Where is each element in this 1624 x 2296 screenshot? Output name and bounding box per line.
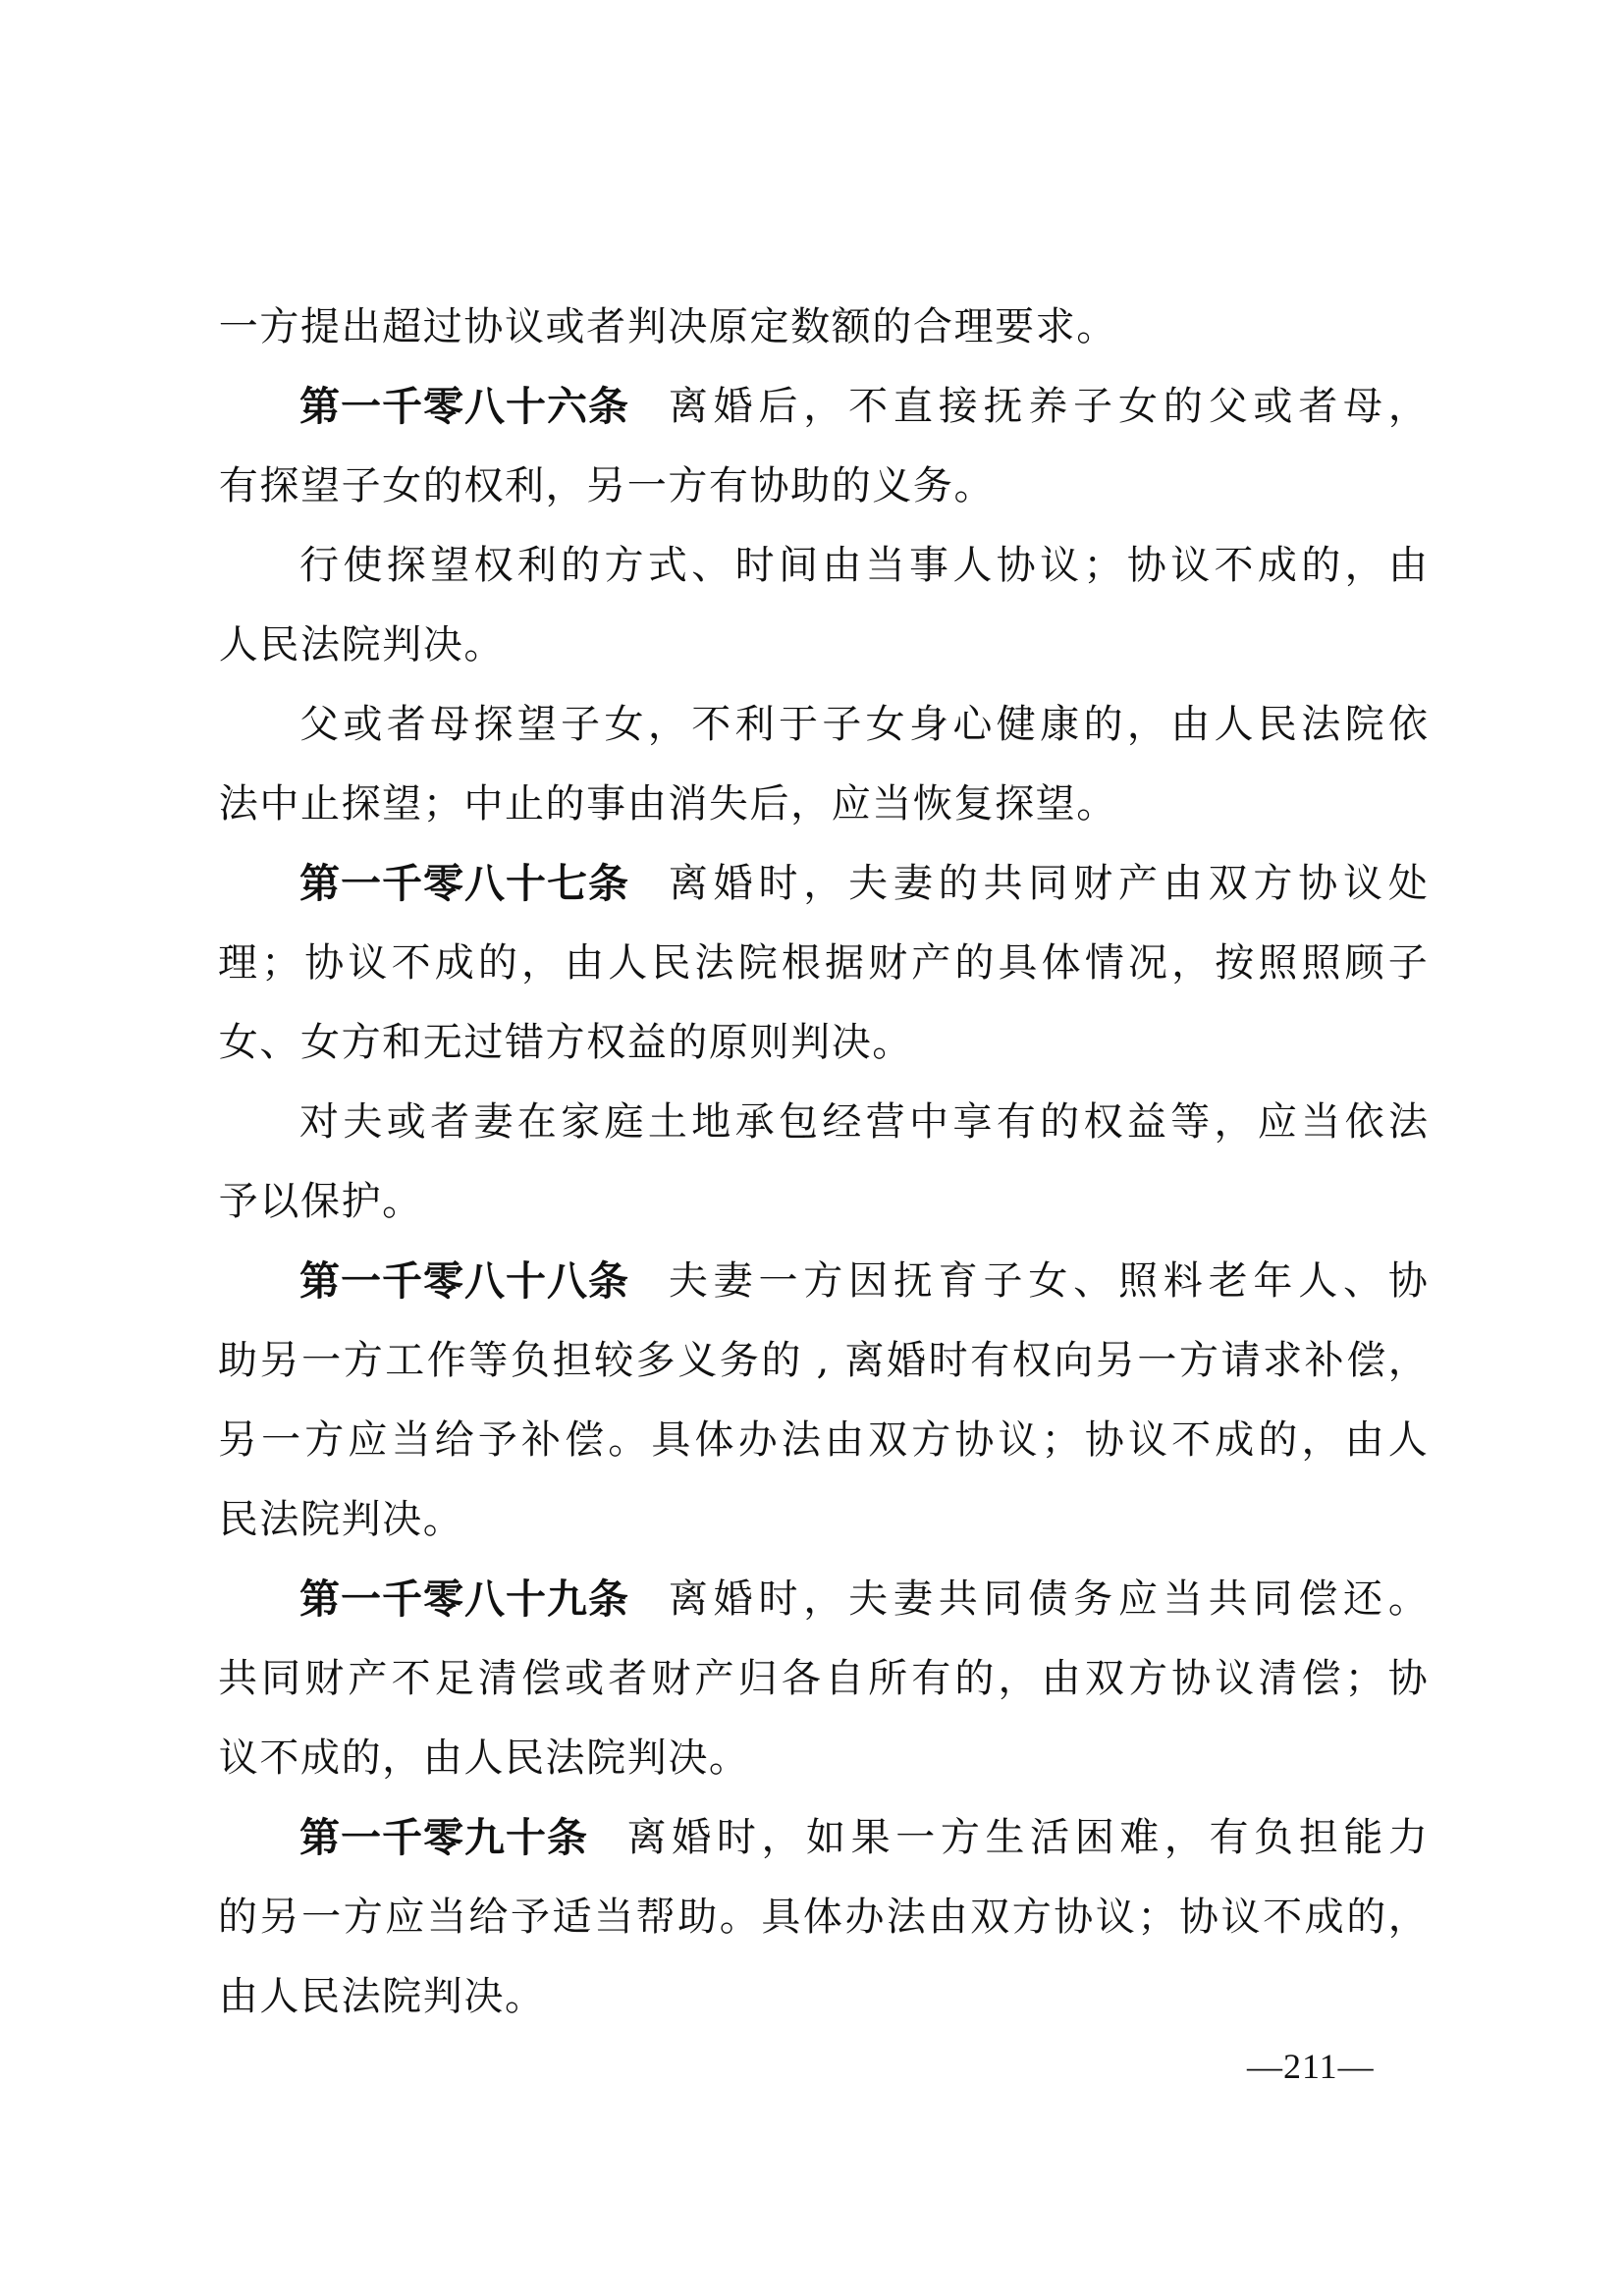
document-page: 一方提出超过协议或者判决原定数额的合理要求。第一千零八十六条离婚后，不直接抚养子… (0, 0, 1624, 2296)
text-line: 一方提出超过协议或者判决原定数额的合理要求。 (218, 296, 1428, 376)
article-number: 第一千零八十九条 (299, 1569, 629, 1648)
text-line: 另一方应当给予补偿。具体办法由双方协议；协议不成的，由人 (218, 1410, 1428, 1489)
text-line: 人民法院判决。 (218, 614, 1428, 694)
article-heading-line: 第一千零八十九条离婚时，夫妻共同债务应当共同偿还。 (218, 1569, 1428, 1648)
body-text: 一方提出超过协议或者判决原定数额的合理要求。第一千零八十六条离婚后，不直接抚养子… (218, 296, 1428, 2046)
article-heading-line: 第一千零九十条离婚时，如果一方生活困难，有负担能力 (218, 1807, 1428, 1887)
text-line: 的另一方应当给予适当帮助。具体办法由双方协议；协议不成的， (218, 1887, 1428, 1966)
text-line: 民法院判决。 (218, 1489, 1428, 1569)
text-line: 有探望子女的权利，另一方有协助的义务。 (218, 455, 1428, 535)
page-number: —211— (1247, 2046, 1375, 2087)
text-line: 予以保护。 (218, 1171, 1428, 1251)
text-line: 理；协议不成的，由人民法院根据财产的具体情况，按照照顾子 (218, 933, 1428, 1012)
text-line: 由人民法院判决。 (218, 1966, 1428, 2046)
article-number: 第一千零八十八条 (299, 1251, 629, 1330)
article-heading-line: 第一千零八十七条离婚时，夫妻的共同财产由双方协议处 (218, 853, 1428, 933)
text-line: 行使探望权利的方式、时间由当事人协议；协议不成的，由 (218, 535, 1428, 614)
text-line: 父或者母探望子女，不利于子女身心健康的，由人民法院依 (218, 694, 1428, 774)
text-line: 共同财产不足清偿或者财产归各自所有的，由双方协议清偿；协 (218, 1648, 1428, 1728)
text-line: 议不成的，由人民法院判决。 (218, 1728, 1428, 1807)
article-number: 第一千零九十条 (299, 1807, 588, 1887)
text-line: 对夫或者妻在家庭土地承包经营中享有的权益等，应当依法 (218, 1092, 1428, 1171)
article-heading-line: 第一千零八十八条夫妻一方因抚育子女、照料老年人、协 (218, 1251, 1428, 1330)
text-line: 助另一方工作等负担较多义务的,离婚时有权向另一方请求补偿， (218, 1330, 1428, 1410)
text-line: 法中止探望；中止的事由消失后，应当恢复探望。 (218, 774, 1428, 853)
article-heading-line: 第一千零八十六条离婚后，不直接抚养子女的父或者母， (218, 376, 1428, 455)
article-number: 第一千零八十七条 (299, 853, 629, 933)
article-number: 第一千零八十六条 (299, 376, 629, 455)
text-line: 女、女方和无过错方权益的原则判决。 (218, 1012, 1428, 1092)
